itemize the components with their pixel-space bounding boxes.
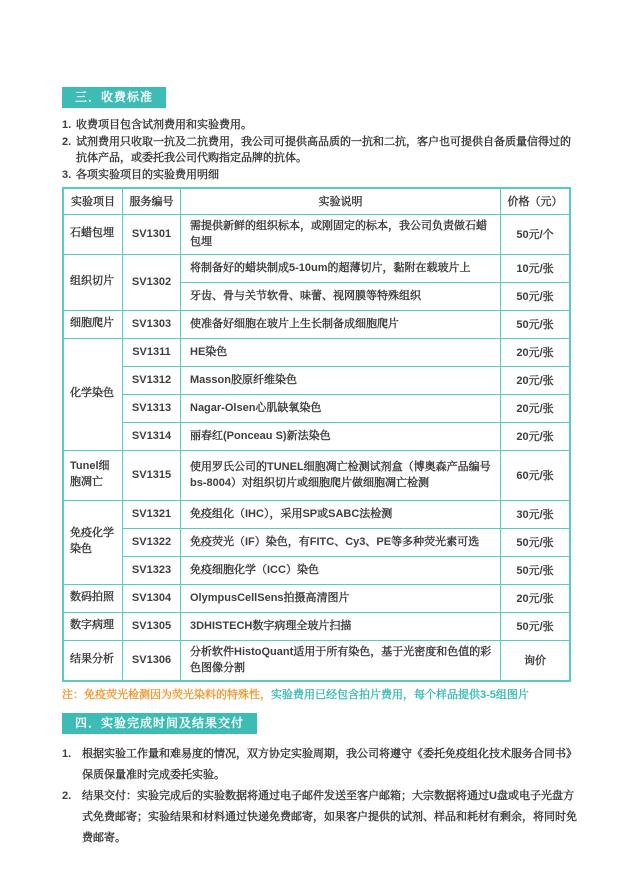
fee-table-row: SV1323免疫细胞化学（ICC）染色50元/张 [63, 556, 570, 584]
fee-table-head: 实验项目服务编号实验说明价格（元） [63, 188, 570, 214]
note-orange-text: 注：免疫荧光检测因为荧光染料的特殊性， [62, 689, 271, 701]
fee-table-row: 结果分析SV1306分析软件HistoQuant适用于所有染色，基于光密度和色值… [63, 640, 570, 681]
fee-table-header-cell: 实验项目 [63, 188, 123, 214]
fee-code-cell: SV1305 [123, 612, 181, 640]
fee-price-cell: 询价 [501, 640, 571, 681]
fee-code-cell: SV1311 [123, 338, 181, 366]
fee-table-header-cell: 服务编号 [123, 188, 181, 214]
fee-code-cell: SV1314 [123, 422, 181, 450]
fee-desc-cell: 免疫荧光（IF）染色，有FITC、Cy3、PE等多种荧光素可选 [181, 528, 501, 556]
fee-price-cell: 50元/张 [501, 528, 571, 556]
fee-desc-cell: 免疫组化（IHC），采用SP或SABC法检测 [181, 500, 501, 528]
table-note: 注：免疫荧光检测因为荧光染料的特殊性，实验费用已经包含拍片费用，每个样品提供3-… [62, 688, 578, 703]
fee-project-cell: Tunel细胞凋亡 [63, 450, 123, 500]
fee-project-cell: 数字病理 [63, 612, 123, 640]
fee-code-cell: SV1301 [123, 214, 181, 254]
list-item-number: 1. [62, 117, 76, 134]
fee-table-row: 细胞爬片SV1303使准备好细胞在玻片上生长制备成细胞爬片50元/张 [63, 310, 570, 338]
list-item-number: 1. [62, 744, 82, 786]
fee-table-row: 组织切片SV1302将制备好的蜡块制成5-10um的超薄切片，黏附在载玻片上10… [63, 254, 570, 282]
list-item: 2. 结果交付：实验完成后的实验数据将通过电子邮件发送至客户邮箱；大宗数据将通过… [62, 786, 578, 849]
list-item: 1. 收费项目包含试剂费用和实验费用。 [62, 117, 578, 134]
fee-price-cell: 20元/张 [501, 422, 571, 450]
fee-price-cell: 50元/张 [501, 310, 571, 338]
fee-price-cell: 20元/张 [501, 366, 571, 394]
fee-project-cell: 免疫化学染色 [63, 500, 123, 584]
fee-intro-list: 1. 收费项目包含试剂费用和实验费用。 2. 试剂费用只收取一抗及二抗费用，我公… [62, 117, 578, 183]
fee-table-row: 数码拍照SV1304OlympusCellSens拍摄高清图片20元/张 [63, 584, 570, 612]
fee-price-cell: 20元/张 [501, 584, 571, 612]
fee-desc-cell: 需提供新鲜的组织标本，或刚固定的标本，我公司负责做石蜡包埋 [181, 214, 501, 254]
fee-table-header-row: 实验项目服务编号实验说明价格（元） [63, 188, 570, 214]
fee-code-cell: SV1321 [123, 500, 181, 528]
fee-desc-cell: 免疫细胞化学（ICC）染色 [181, 556, 501, 584]
fee-table-row: SV1312Masson胶原纤维染色20元/张 [63, 366, 570, 394]
note-teal-text: 实验费用已经包含拍片费用，每个样品提供3-5组图片 [271, 689, 529, 701]
document-page: 三．收费标准 1. 收费项目包含试剂费用和实验费用。 2. 试剂费用只收取一抗及… [0, 0, 578, 849]
fee-desc-cell: 牙齿、骨与关节软骨、味蕾、视网膜等特殊组织 [181, 282, 501, 310]
fee-project-cell: 石蜡包埋 [63, 214, 123, 254]
list-item-number: 2. [62, 786, 82, 849]
list-item-text: 各项实验项目的实验费用明细 [76, 167, 578, 184]
fee-price-cell: 60元/张 [501, 450, 571, 500]
fee-table-header-cell: 价格（元） [501, 188, 571, 214]
fee-project-cell: 组织切片 [63, 254, 123, 310]
fee-table-row: 石蜡包埋SV1301需提供新鲜的组织标本，或刚固定的标本，我公司负责做石蜡包埋5… [63, 214, 570, 254]
fee-desc-cell: Nagar-Olsen心肌缺氧染色 [181, 394, 501, 422]
list-item: 2. 试剂费用只收取一抗及二抗费用，我公司可提供高品质的一抗和二抗，客户也可提供… [62, 134, 578, 167]
fee-table-row: SV1322免疫荧光（IF）染色，有FITC、Cy3、PE等多种荧光素可选50元… [63, 528, 570, 556]
fee-table-row: 数字病理SV13053DHISTECH数字病理全玻片扫描50元/张 [63, 612, 570, 640]
fee-price-cell: 20元/张 [501, 338, 571, 366]
list-item-text: 收费项目包含试剂费用和实验费用。 [76, 117, 578, 134]
fee-desc-cell: 分析软件HistoQuant适用于所有染色，基于光密度和色值的彩色图像分割 [181, 640, 501, 681]
fee-table-row: 化学染色SV1311HE染色20元/张 [63, 338, 570, 366]
fee-table-row: SV1313Nagar-Olsen心肌缺氧染色20元/张 [63, 394, 570, 422]
fee-price-cell: 50元/个 [501, 214, 571, 254]
fee-code-cell: SV1312 [123, 366, 181, 394]
fee-code-cell: SV1303 [123, 310, 181, 338]
list-item-text: 试剂费用只收取一抗及二抗费用，我公司可提供高品质的一抗和二抗，客户也可提供自备质… [76, 134, 578, 167]
fee-desc-cell: Masson胶原纤维染色 [181, 366, 501, 394]
fee-price-cell: 50元/张 [501, 612, 571, 640]
list-item-number: 2. [62, 134, 76, 167]
fee-desc-cell: HE染色 [181, 338, 501, 366]
list-item-number: 3. [62, 167, 76, 184]
list-item: 3. 各项实验项目的实验费用明细 [62, 167, 578, 184]
fee-desc-cell: 丽春红(Ponceau S)新法染色 [181, 422, 501, 450]
fee-table-row: SV1314丽春红(Ponceau S)新法染色20元/张 [63, 422, 570, 450]
fee-desc-cell: OlympusCellSens拍摄高清图片 [181, 584, 501, 612]
fee-code-cell: SV1304 [123, 584, 181, 612]
fee-desc-cell: 使用罗氏公司的TUNEL细胞凋亡检测试剂盒（博奥森产品编号bs-8004）对组织… [181, 450, 501, 500]
fee-table-header-cell: 实验说明 [181, 188, 501, 214]
fee-price-cell: 30元/张 [501, 500, 571, 528]
fee-price-cell: 50元/张 [501, 556, 571, 584]
fee-project-cell: 细胞爬片 [63, 310, 123, 338]
fee-table-row: 免疫化学染色SV1321免疫组化（IHC），采用SP或SABC法检测30元/张 [63, 500, 570, 528]
fee-price-cell: 10元/张 [501, 254, 571, 282]
fee-code-cell: SV1322 [123, 528, 181, 556]
fee-price-cell: 50元/张 [501, 282, 571, 310]
fee-table-body: 石蜡包埋SV1301需提供新鲜的组织标本，或刚固定的标本，我公司负责做石蜡包埋5… [63, 214, 570, 681]
fee-code-cell: SV1306 [123, 640, 181, 681]
fee-code-cell: SV1323 [123, 556, 181, 584]
fee-code-cell: SV1315 [123, 450, 181, 500]
fee-code-cell: SV1313 [123, 394, 181, 422]
fee-desc-cell: 将制备好的蜡块制成5-10um的超薄切片，黏附在载玻片上 [181, 254, 501, 282]
fee-table: 实验项目服务编号实验说明价格（元） 石蜡包埋SV1301需提供新鲜的组织标本，或… [62, 187, 571, 682]
fee-desc-cell: 3DHISTECH数字病理全玻片扫描 [181, 612, 501, 640]
section3-header: 三．收费标准 [62, 87, 166, 108]
fee-code-cell: SV1302 [123, 254, 181, 310]
delivery-list: 1. 根据实验工作量和难易度的情况，双方协定实验周期，我公司将遵守《委托免疫组化… [62, 744, 578, 848]
fee-project-cell: 化学染色 [63, 338, 123, 450]
section4-header: 四．实验完成时间及结果交付 [62, 713, 257, 734]
list-item-text: 结果交付：实验完成后的实验数据将通过电子邮件发送至客户邮箱；大宗数据将通过U盘或… [82, 786, 578, 849]
fee-price-cell: 20元/张 [501, 394, 571, 422]
fee-project-cell: 结果分析 [63, 640, 123, 681]
fee-project-cell: 数码拍照 [63, 584, 123, 612]
fee-desc-cell: 使准备好细胞在玻片上生长制备成细胞爬片 [181, 310, 501, 338]
list-item: 1. 根据实验工作量和难易度的情况，双方协定实验周期，我公司将遵守《委托免疫组化… [62, 744, 578, 786]
fee-table-row: Tunel细胞凋亡SV1315使用罗氏公司的TUNEL细胞凋亡检测试剂盒（博奥森… [63, 450, 570, 500]
list-item-text: 根据实验工作量和难易度的情况，双方协定实验周期，我公司将遵守《委托免疫组化技术服… [82, 744, 578, 786]
